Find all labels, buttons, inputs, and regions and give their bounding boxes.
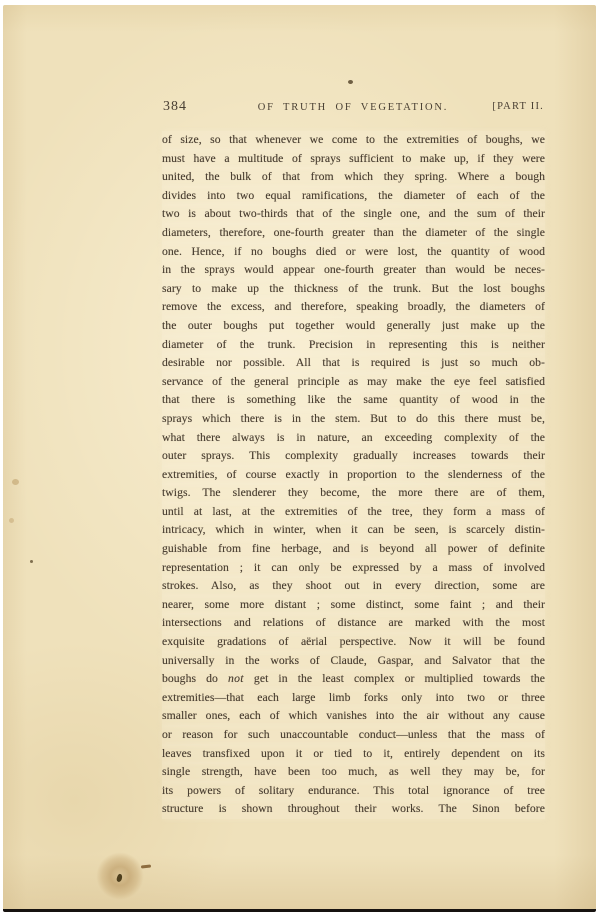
text-line: structure is shown throughout their work…: [162, 800, 545, 819]
text-line: diameter of the trunk. Precision in repr…: [162, 336, 545, 355]
ink-speck: [348, 80, 353, 84]
text-line: one. Hence, if no boughs died or were lo…: [162, 243, 545, 262]
stain-dash: [141, 864, 151, 868]
text-line: strokes. Also, as they shoot out in ever…: [162, 577, 545, 596]
paper-freckle: [9, 518, 14, 523]
text-line: desirable nor possible. All that is requ…: [162, 354, 545, 373]
text-line: diameters, therefore, one-fourth greater…: [162, 224, 545, 243]
text-line: in the sprays would appear one-fourth gr…: [162, 261, 545, 280]
text-line: or reason for such unaccountable conduct…: [162, 726, 545, 745]
text-line: twigs. The slenderer they become, the mo…: [162, 484, 545, 503]
text-line: representation ; it can only be expresse…: [162, 559, 545, 578]
text-line: of size, so that whenever we come to the…: [162, 131, 545, 150]
text-line: intersections and relations of distance …: [162, 614, 545, 633]
text-line: single strength, have been too much, as …: [162, 763, 545, 782]
text-line: united, the bulk of that from which they…: [162, 168, 545, 187]
paper-freckle: [12, 479, 19, 485]
text-line: extremities, of course exactly in propor…: [162, 466, 545, 485]
text-line: universally in the works of Claude, Gasp…: [162, 652, 545, 671]
part-label: [PART II.: [492, 101, 544, 112]
text-line: leaves transfixed upon it or tied to it,…: [162, 745, 545, 764]
scanned-page: 384 OF TRUTH OF VEGETATION. [PART II. of…: [3, 5, 596, 912]
page-header: 384 OF TRUTH OF VEGETATION. [PART II.: [162, 99, 544, 117]
text-line: smaller ones, each of which vanishes int…: [162, 707, 545, 726]
text-line: that there is something like the same qu…: [162, 391, 545, 410]
text-line: exquisite gradations of aërial perspecti…: [162, 633, 545, 652]
text-line: its powers of solitary endurance. This t…: [162, 782, 545, 801]
text-line: nearer, some more distant ; some distinc…: [162, 596, 545, 615]
text-line: divides into two equal ramifications, th…: [162, 187, 545, 206]
text-line: sary to make up the thickness of the tru…: [162, 280, 545, 299]
text-line: the outer boughs put together would gene…: [162, 317, 545, 336]
paper-freckle: [30, 560, 33, 563]
running-head: OF TRUTH OF VEGETATION.: [258, 102, 448, 113]
text-line: until at last, at the extremities of the…: [162, 503, 545, 522]
text-line: boughs do not get in the least complex o…: [162, 670, 545, 689]
text-line: intricacy, which in winter, when it can …: [162, 521, 545, 540]
text-line: must have a multitude of sprays sufficie…: [162, 150, 545, 169]
text-line: sprays which there is in the stem. But t…: [162, 410, 545, 429]
text-line: two is about two-thirds that of the sing…: [162, 205, 545, 224]
text-line: outer sprays. This complexity gradually …: [162, 447, 545, 466]
text-line: guishable from fine herbage, and is beyo…: [162, 540, 545, 559]
page-number: 384: [163, 99, 187, 115]
body-text: of size, so that whenever we come to the…: [162, 131, 545, 819]
text-line: remove the excess, and therefore, speaki…: [162, 298, 545, 317]
text-line: what there always is in nature, an excee…: [162, 429, 545, 448]
text-line: servance of the general principle as may…: [162, 373, 545, 392]
text-line: extremities—that each large limb forks o…: [162, 689, 545, 708]
